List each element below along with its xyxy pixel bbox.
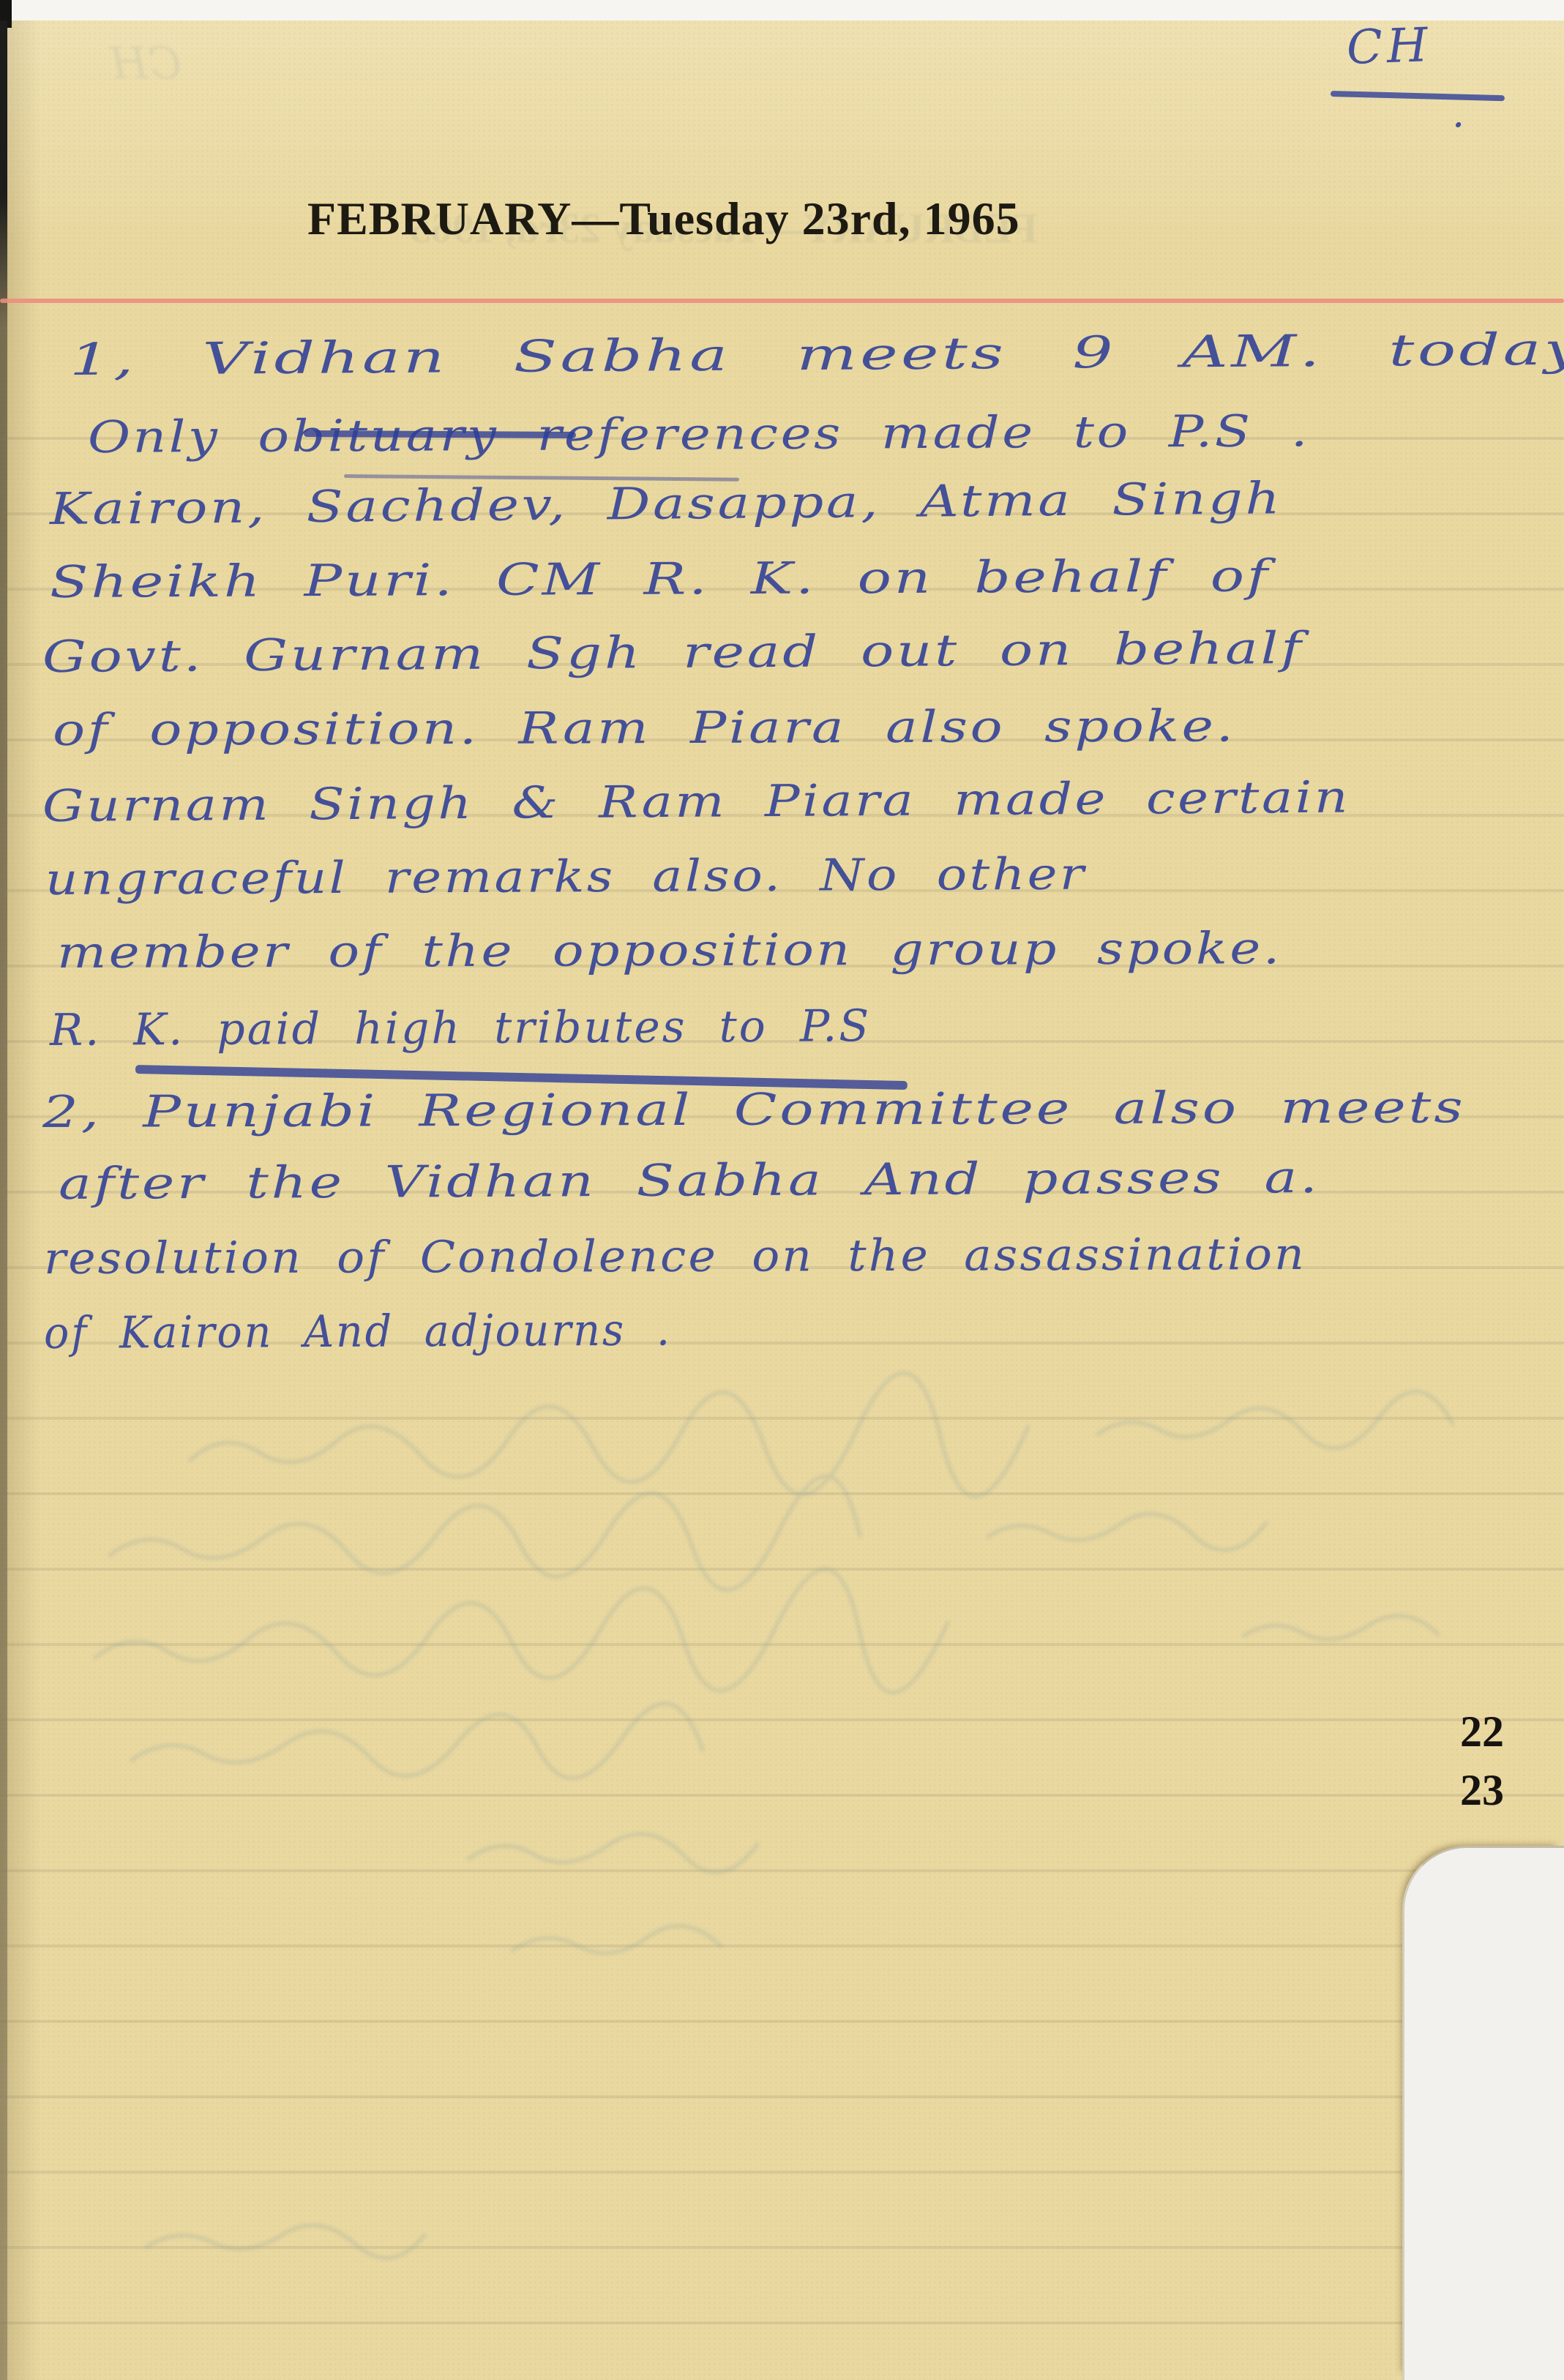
handwritten-line: after the Vidhan Sabha And passes a.	[59, 1156, 1320, 1206]
handwritten-line: R. K. paid high tributes to P.S	[50, 1004, 872, 1052]
handwritten-line: resolution of Condolence on the assassin…	[44, 1232, 1306, 1281]
handwritten-line: Govt. Gurnam Sgh read out on behalf	[42, 626, 1304, 679]
handwritten-line: of Kairon And adjourns .	[44, 1309, 672, 1355]
diary-scan-page: FEBRUARY—Tuesday 23rd, 1965 FEBRUARY—Tue…	[0, 0, 1564, 2380]
page-corner-cutout	[1402, 1846, 1564, 2380]
date-heading: FEBRUARY—Tuesday 23rd, 1965	[307, 192, 1020, 246]
handwritten-line: Gurnam Singh & Ram Piara made certain	[42, 776, 1350, 828]
handwritten-line: of opposition. Ram Piara also spoke.	[53, 704, 1236, 752]
handwritten-line: 1, Vidhan Sabha meets 9 AM. today	[70, 328, 1564, 382]
ch-show-through: CH	[110, 38, 182, 89]
handwritten-line: Sheikh Puri. CM R. K. on behalf of	[50, 554, 1271, 605]
handwritten-line: Kairon, Sachdev, Dasappa, Atma Singh	[50, 476, 1283, 531]
handwritten-line: ungraceful remarks also. No other	[45, 853, 1087, 902]
ch-annotation: CH	[1346, 22, 1433, 72]
handwritten-line: member of the opposition group spoke.	[57, 927, 1282, 975]
handwritten-line: 2, Punjabi Regional Committee also meets	[42, 1085, 1466, 1134]
page-number-top: 22	[1460, 1707, 1504, 1757]
ink-underline	[304, 430, 576, 438]
header-rule-line	[0, 299, 1564, 303]
page-number-bottom: 23	[1460, 1765, 1504, 1816]
ch-annotation-period: .	[1452, 94, 1467, 133]
handwritten-line: Only obituary references made to P.S .	[88, 409, 1310, 460]
